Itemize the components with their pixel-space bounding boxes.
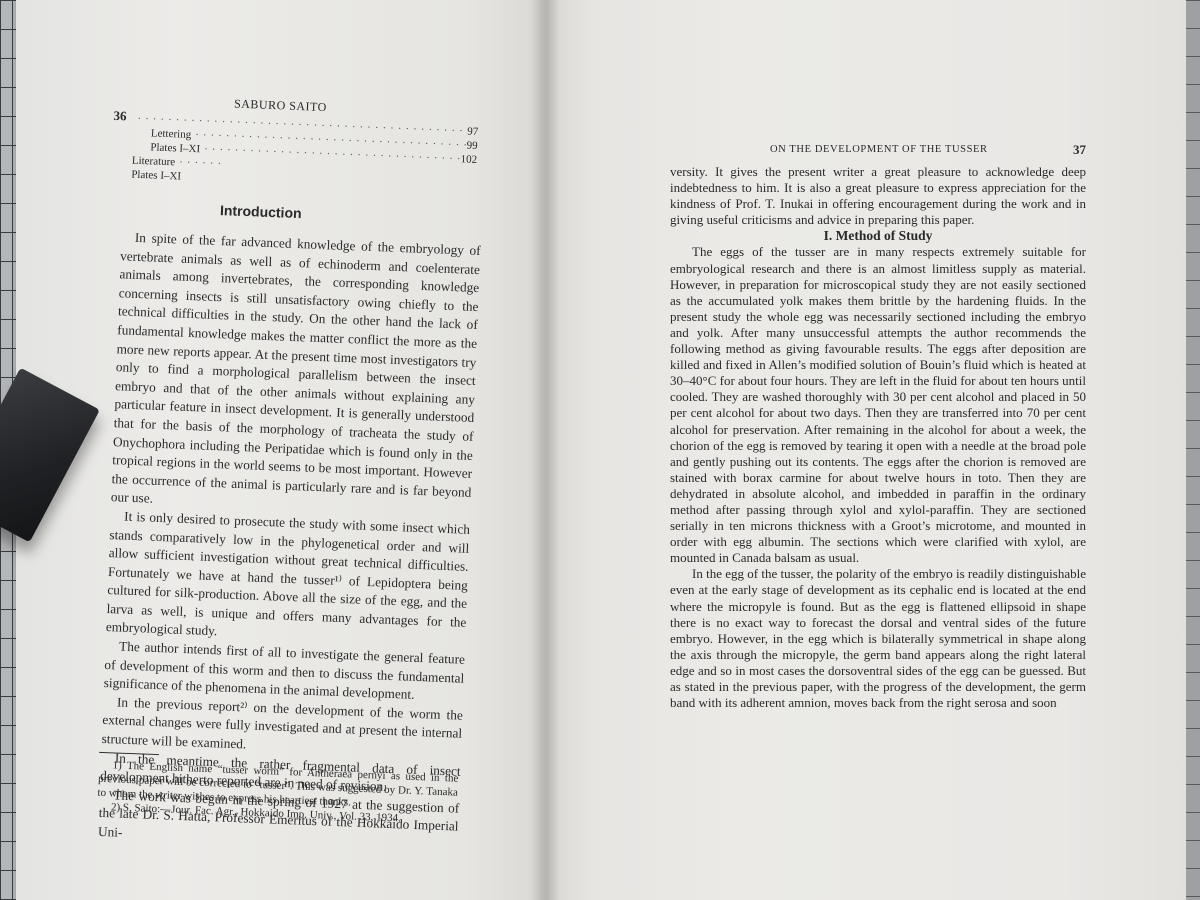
toc-page: 97 [467,126,479,140]
cutting-mat-edge [1186,0,1200,900]
right-body-text: versity. It gives the present writer a g… [670,164,1086,711]
section-heading-introduction: Introduction [220,202,302,221]
paragraph: In the egg of the tusser, the polarity o… [670,566,1086,711]
book-gutter-shadow [530,0,560,900]
section-heading-method: I. Method of Study [670,228,1086,244]
toc-page: 99 [466,139,478,153]
table-of-contents: ········································… [131,113,478,196]
paragraph: The eggs of the tusser are in many respe… [670,244,1086,566]
toc-page: 102 [460,153,477,168]
paragraph: It is only desired to prosecute the stud… [106,507,471,651]
paragraph: In spite of the far advanced knowledge o… [111,228,481,521]
page-number-right: 37 [1073,142,1086,158]
running-head-right: ON THE DEVELOPMENT OF THE TUSSER [770,144,988,155]
continuation-paragraph: versity. It gives the present writer a g… [670,164,1086,228]
page-number-left: 36 [113,108,127,124]
leader-dots: ········· [175,156,222,172]
